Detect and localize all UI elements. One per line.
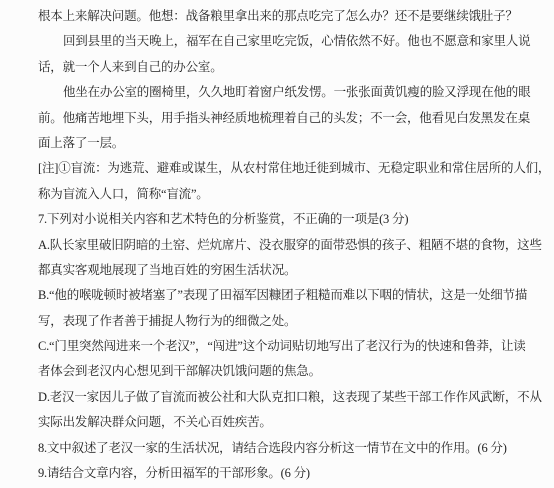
question-7: 7.下列对小说相关内容和艺术特色的分析鉴赏，不正确的一项是(3 分) A.队长家… xyxy=(38,207,524,436)
question-7-option-d: D.老汉一家因儿子做了盲流而被公社和大队克扣口粮，这表现了某些干部工作作风武断，… xyxy=(38,385,524,436)
passage-line: 回到县里的当天晚上，福军在自己家里吃完饭，心情依然不好。他也不愿意和家里人说 xyxy=(38,29,524,54)
option-line: 实际出发解决群众问题，不关心百姓疾苦。 xyxy=(38,410,524,435)
question-9: 9.请结合文章内容，分析田福军的干部形象。(6 分) xyxy=(38,461,524,486)
option-line: C.“门里突然闯进来一个老汉”，“闯进”这个动词贴切地写出了老汉行为的快速和鲁莽… xyxy=(38,334,524,359)
exam-page: 根本上来解决问题。他想：战备粮里拿出来的那点吃完了怎么办？还不是要继续饿肚子？ … xyxy=(0,0,554,488)
passage-line: 他坐在办公室的圈椅里，久久地盯着窗户纸发愣。一张张面黄饥瘦的脸又浮现在他的眼 xyxy=(38,80,524,105)
option-line: D.老汉一家因儿子做了盲流而被公社和大队克扣口粮，这表现了某些干部工作作风武断，… xyxy=(38,385,524,410)
question-stem: 8.文中叙述了老汉一家的生活状况，请结合选段内容分析这一情节在文中的作用。(6 … xyxy=(38,436,524,461)
question-7-option-a: A.队长家里破旧阴暗的土窑、烂炕席片、没衣服穿的面带恐惧的孩子、粗陋不堪的食物，… xyxy=(38,233,524,284)
footnote-line: [注]①盲流：为逃荒、避难或谋生，从农村常住地迁徙到城市、无稳定职业和常住居所的… xyxy=(38,156,524,181)
question-8: 8.文中叙述了老汉一家的生活状况，请结合选段内容分析这一情节在文中的作用。(6 … xyxy=(38,436,524,461)
question-stem: 7.下列对小说相关内容和艺术特色的分析鉴赏，不正确的一项是(3 分) xyxy=(38,207,524,232)
footnote: [注]①盲流：为逃荒、避难或谋生，从农村常住地迁徙到城市、无稳定职业和常住居所的… xyxy=(38,156,524,207)
passage-line: 话，就一个人来到自己的办公室。 xyxy=(38,55,524,80)
question-stem: 9.请结合文章内容，分析田福军的干部形象。(6 分) xyxy=(38,461,524,486)
passage-line: 前。他痛苦地埋下头，用手指头神经质地梳理着自己的头发；不一会，他看见白发黑发在桌 xyxy=(38,106,524,131)
option-line: 者体会到老汉内心想见到干部解决饥饿问题的焦急。 xyxy=(38,359,524,384)
option-line: A.队长家里破旧阴暗的土窑、烂炕席片、没衣服穿的面带恐惧的孩子、粗陋不堪的食物，… xyxy=(38,233,524,258)
passage-paragraph: 他坐在办公室的圈椅里，久久地盯着窗户纸发愣。一张张面黄饥瘦的脸又浮现在他的眼 前… xyxy=(38,80,524,156)
passage-paragraph: 回到县里的当天晚上，福军在自己家里吃完饭，心情依然不好。他也不愿意和家里人说 话… xyxy=(38,29,524,80)
exam-text-block: 根本上来解决问题。他想：战备粮里拿出来的那点吃完了怎么办？还不是要继续饿肚子？ … xyxy=(38,4,524,486)
question-7-option-c: C.“门里突然闯进来一个老汉”，“闯进”这个动词贴切地写出了老汉行为的快速和鲁莽… xyxy=(38,334,524,385)
passage-paragraph: 根本上来解决问题。他想：战备粮里拿出来的那点吃完了怎么办？还不是要继续饿肚子？ xyxy=(38,4,524,29)
option-line: 都真实客观地展现了当地百姓的穷困生活状况。 xyxy=(38,258,524,283)
option-line: 写，表现了作者善于捕捉人物行为的细微之处。 xyxy=(38,309,524,334)
option-line: B.“他的喉咙顿时被堵塞了”表现了田福军因糠团子粗糙而难以下咽的情状，这是一处细… xyxy=(38,283,524,308)
question-7-option-b: B.“他的喉咙顿时被堵塞了”表现了田福军因糠团子粗糙而难以下咽的情状，这是一处细… xyxy=(38,283,524,334)
passage-line: 根本上来解决问题。他想：战备粮里拿出来的那点吃完了怎么办？还不是要继续饿肚子？ xyxy=(38,4,524,29)
footnote-line: 称为盲流入人口，简称“盲流”。 xyxy=(38,182,524,207)
passage-line: 面上落了一层。 xyxy=(38,131,524,156)
